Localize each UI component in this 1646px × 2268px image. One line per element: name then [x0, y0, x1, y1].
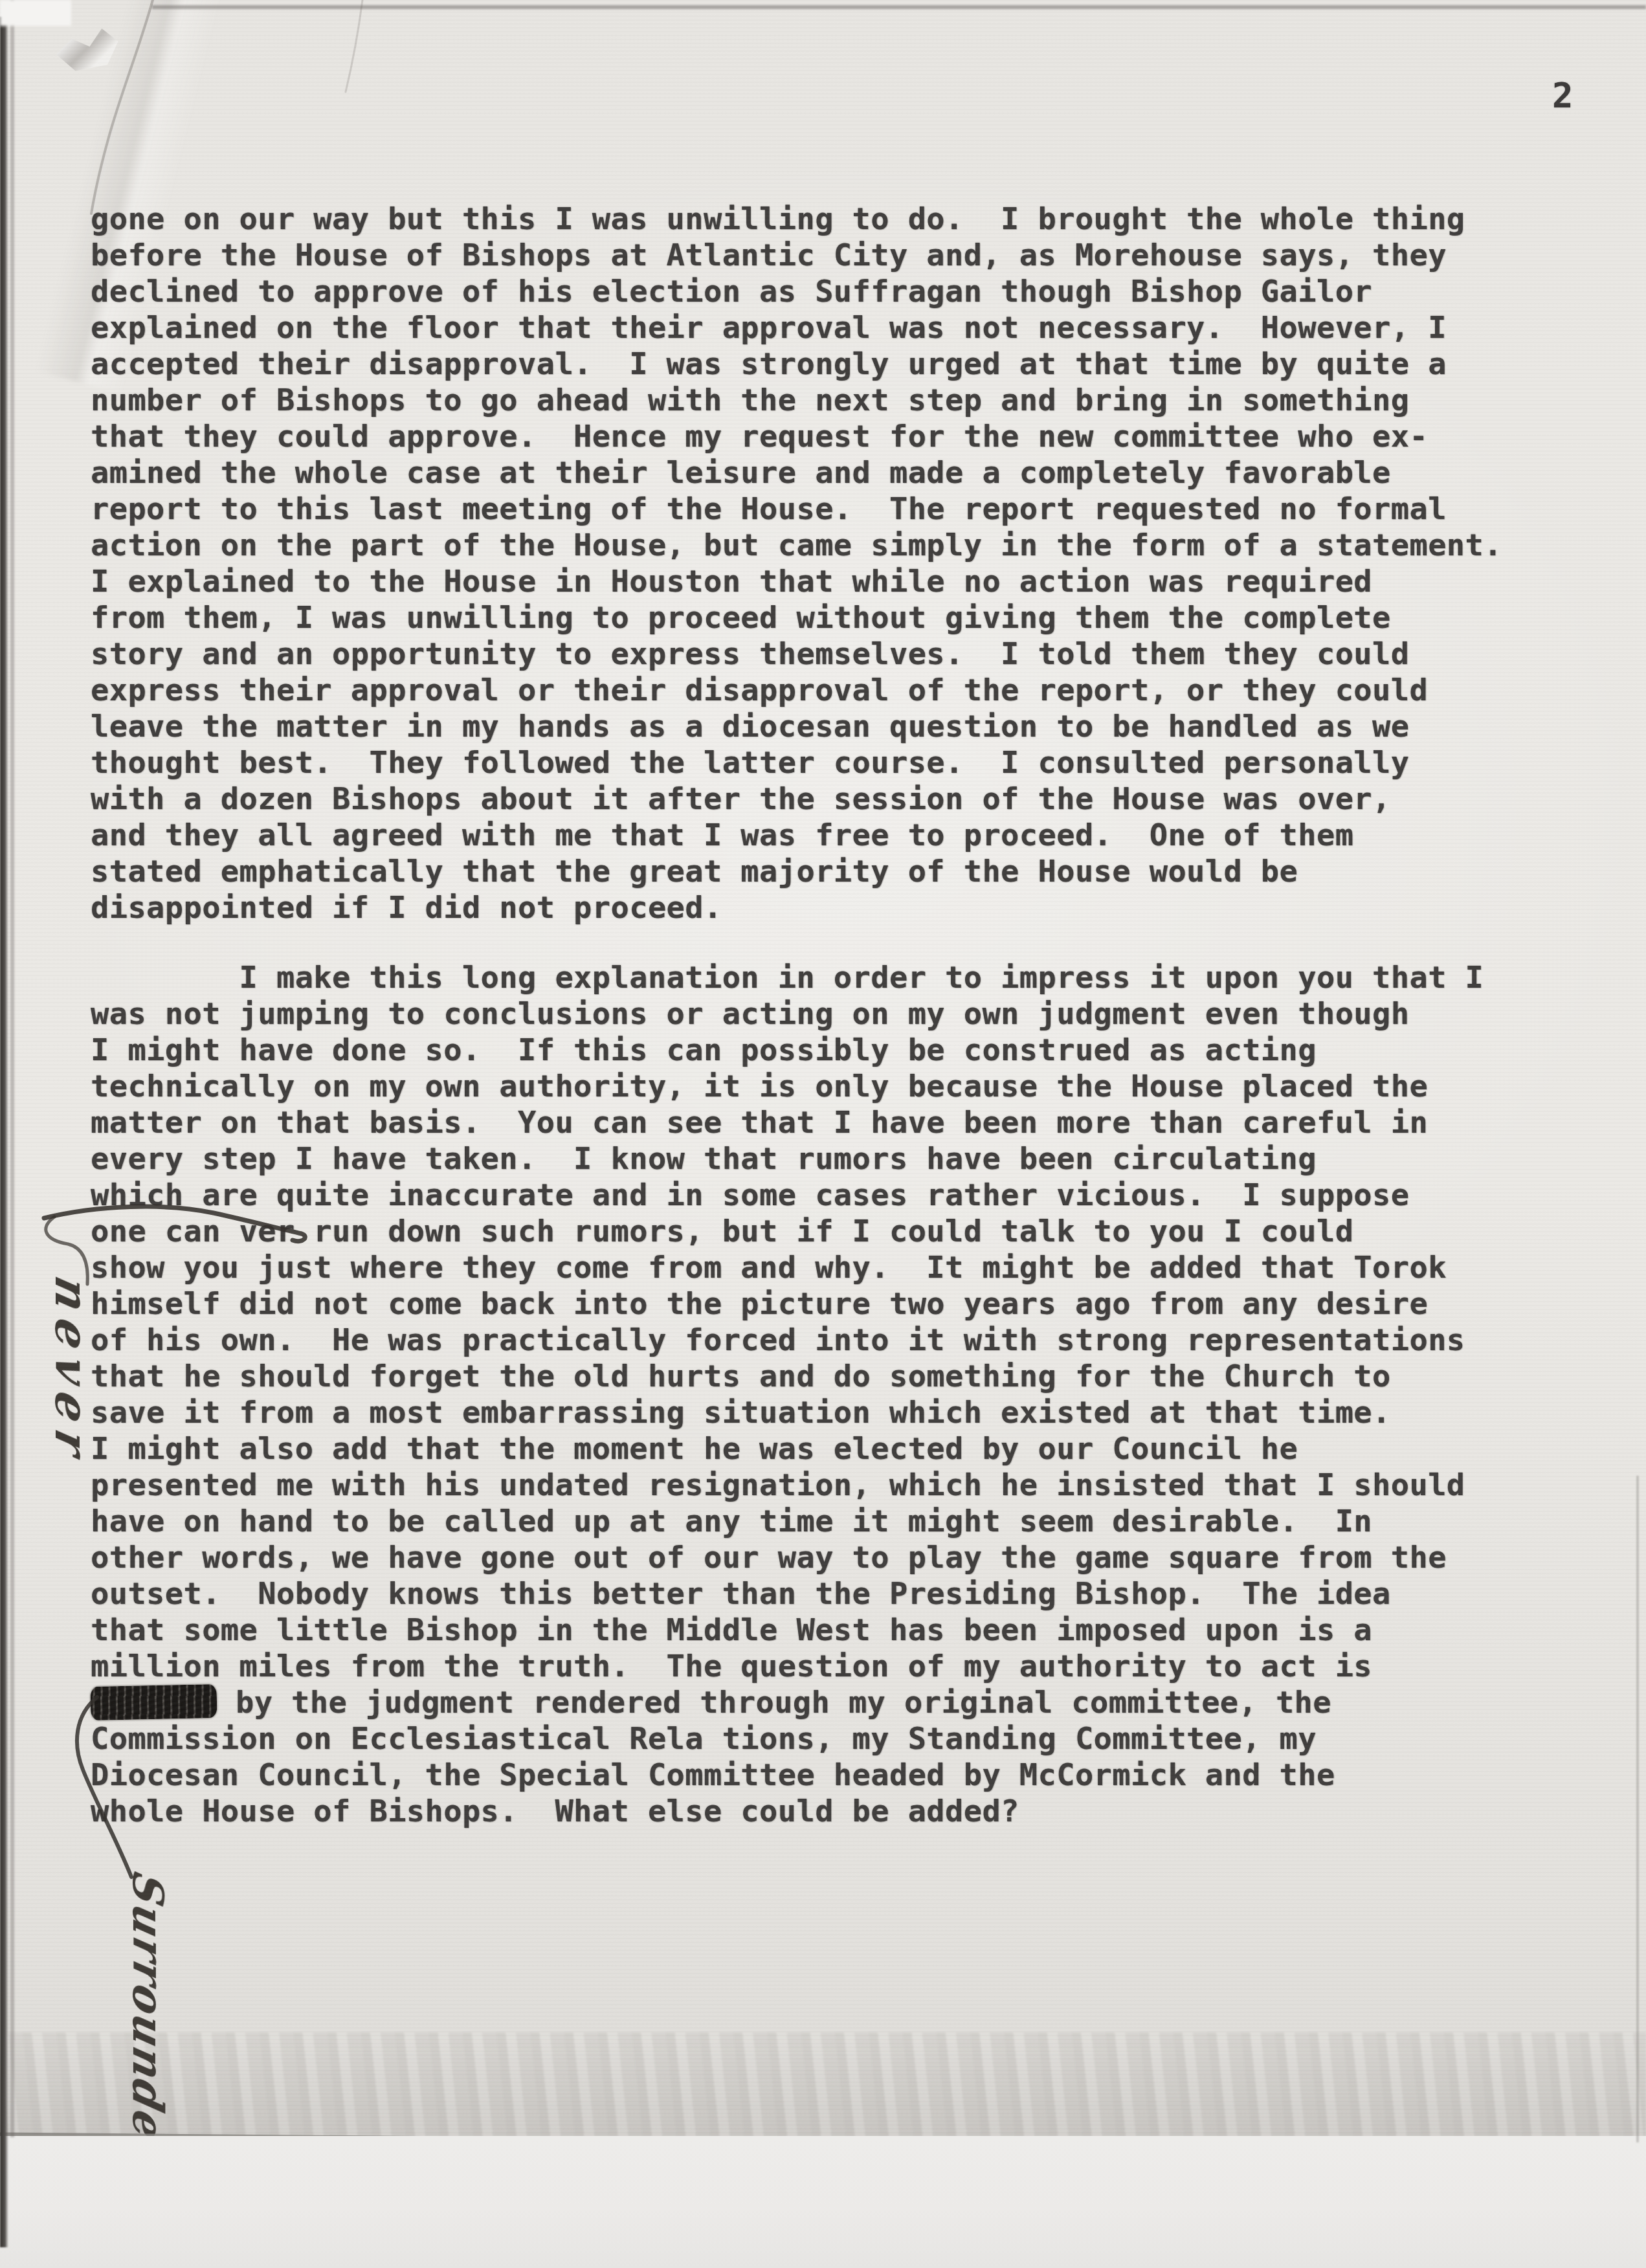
- scanned-letter-page: { "page_number": "2", "paragraphs": [ { …: [0, 0, 1646, 2268]
- text-line: explained on the floor that their approv…: [91, 310, 1502, 346]
- text-line: disappointed if I did not proceed.: [91, 890, 1502, 926]
- text-line: stated emphatically that the great major…: [91, 854, 1502, 890]
- text-line: himself did not come back into the pictu…: [91, 1286, 1484, 1322]
- bottom-wrinkle-band: [0, 2032, 1646, 2139]
- text-line: number of Bishops to go ahead with the n…: [91, 383, 1502, 419]
- text-line: other words, we have gone out of our way…: [91, 1540, 1484, 1576]
- text-line: report to this last meeting of the House…: [91, 491, 1502, 528]
- text-line: presented me with his undated resignatio…: [91, 1467, 1484, 1504]
- text-line: amined the whole case at their leisure a…: [91, 455, 1502, 491]
- text-line: save it from a most embarrassing situati…: [91, 1395, 1484, 1431]
- paragraph: I make this long explanation in order to…: [91, 960, 1484, 1830]
- margin-note-never: never: [45, 1271, 98, 1471]
- text-line: I might also add that the moment he was …: [91, 1431, 1484, 1467]
- text-line: that some little Bishop in the Middle We…: [91, 1612, 1484, 1649]
- text-line: express their approval or their disappro…: [91, 673, 1502, 709]
- page-number: 2: [1552, 76, 1574, 115]
- crease-line-2: [346, 0, 362, 92]
- text-line: Diocesan Council, the Special Committee …: [91, 1757, 1484, 1794]
- text-line: was not jumping to conclusions or acting…: [91, 996, 1484, 1032]
- scribbled-out-word: [90, 1684, 217, 1720]
- paper-right-edge-shadow: [1636, 1476, 1639, 2142]
- page: 2 gone on our way but this I was unwilli…: [0, 0, 1646, 2142]
- text-line: I make this long explanation in order to…: [91, 960, 1484, 996]
- scan-corner-highlight: [0, 0, 71, 26]
- text-line: gone on our way but this I was unwilling…: [91, 201, 1502, 238]
- text-line: leave the matter in my hands as a dioces…: [91, 709, 1502, 745]
- text-line: which are quite inaccurate and in some c…: [91, 1177, 1484, 1214]
- text-line: every step I have taken. I know that rum…: [91, 1141, 1484, 1177]
- text-line: show you just where they come from and w…: [91, 1250, 1484, 1286]
- text-line: I might have done so. If this can possib…: [91, 1032, 1484, 1069]
- paper-left-edge-shadow: [10, 0, 14, 2137]
- text-line: with a dozen Bishops about it after the …: [91, 781, 1502, 817]
- text-line: by the judgment rendered through my orig…: [91, 1685, 1484, 1721]
- text-line: technically on my own authority, it is o…: [91, 1069, 1484, 1105]
- paragraph: gone on our way but this I was unwilling…: [91, 201, 1502, 926]
- text-line: that he should forget the old hurts and …: [91, 1359, 1484, 1395]
- text-line: million miles from the truth. The questi…: [91, 1649, 1484, 1685]
- text-line: matter on that basis. You can see that I…: [91, 1105, 1484, 1141]
- text-line: of his own. He was practically forced in…: [91, 1322, 1484, 1359]
- text-line: I explained to the House in Houston that…: [91, 564, 1502, 600]
- text-line: Commission on Ecclesiastical Rela tions,…: [91, 1721, 1484, 1757]
- text-line: before the House of Bishops at Atlantic …: [91, 238, 1502, 274]
- margin-note-surrounded: Surrounded: [123, 1868, 173, 2178]
- text-line: outset. Nobody knows this better than th…: [91, 1576, 1484, 1612]
- paper-top-edge-shadow: [152, 5, 1646, 9]
- text-line: thought best. They followed the latter c…: [91, 745, 1502, 781]
- text-line: declined to approve of his election as S…: [91, 274, 1502, 310]
- text-line: accepted their disapproval. I was strong…: [91, 346, 1502, 383]
- text-line: have on hand to be called up at any time…: [91, 1504, 1484, 1540]
- scanner-backing-sheet: [0, 2136, 1646, 2268]
- text-line: story and an opportunity to express them…: [91, 636, 1502, 673]
- text-line: whole House of Bishops. What else could …: [91, 1794, 1484, 1830]
- text-line: and they all agreed with me that I was f…: [91, 817, 1502, 854]
- scan-edge-left-strip: [0, 17, 8, 2247]
- text-line: from them, I was unwilling to proceed wi…: [91, 600, 1502, 636]
- text-line: one can ver run down such rumors, but if…: [91, 1214, 1484, 1250]
- text-line: that they could approve. Hence my reques…: [91, 419, 1502, 455]
- text-line: action on the part of the House, but cam…: [91, 528, 1502, 564]
